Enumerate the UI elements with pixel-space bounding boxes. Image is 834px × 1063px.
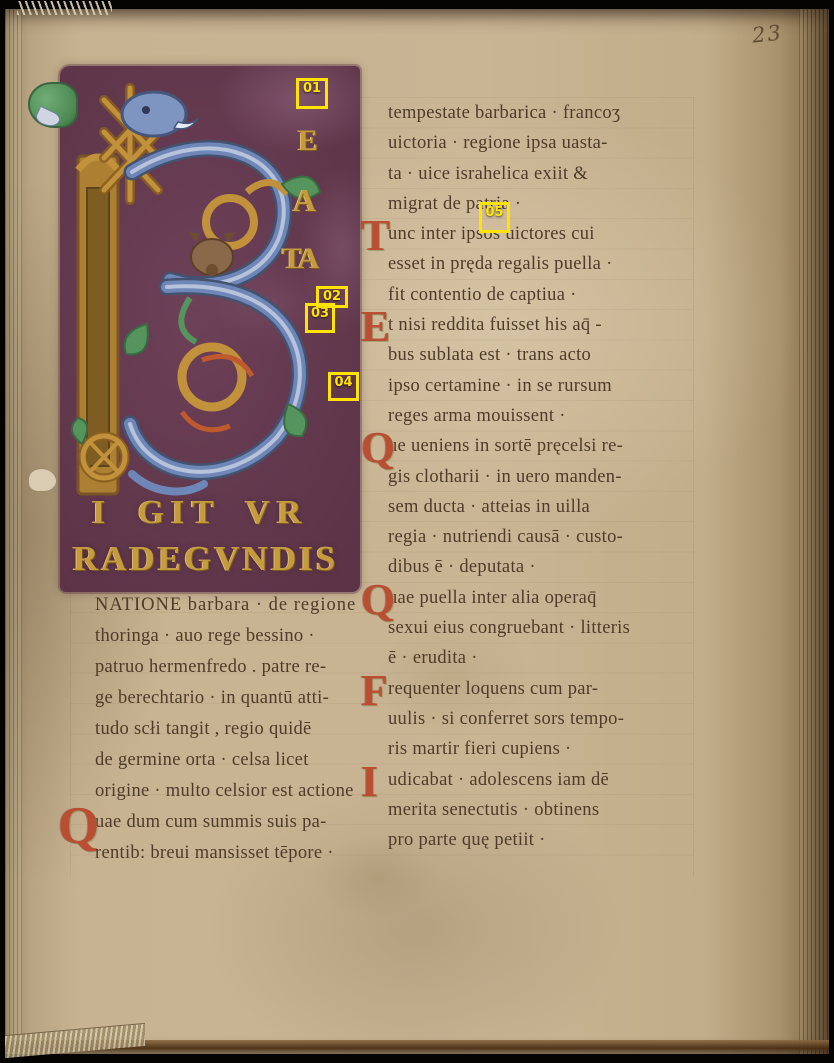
line-text: sexui eius congruebant · litteris — [388, 618, 630, 638]
text-line: ipso certamine · in se rursum — [388, 371, 630, 401]
rubric-initial-E: E — [361, 305, 391, 349]
annotation-box-03[interactable]: 03 — [305, 303, 335, 333]
line-text: uulis · si conferret sors tempo- — [388, 709, 624, 729]
annotation-box-04[interactable]: 04 — [328, 372, 359, 401]
text-line: Quae puella inter alia operaq̄ — [388, 583, 630, 613]
line-text: ta · uice israhelica exiit & — [388, 164, 588, 184]
text-line: regia · nutriendi causā · custo- — [388, 522, 630, 552]
line-text: ē · erudita · — [388, 648, 478, 668]
text-line: patruo hermenfredo . patre re- — [95, 652, 356, 683]
green-beast-head-ornament — [28, 82, 78, 128]
text-line: esset in pręda regalis puella · — [388, 249, 630, 279]
line-text: fit contentio de captiua · — [388, 285, 577, 305]
annotation-label-05: 05 — [482, 206, 507, 220]
line-text: gis clotharii · in uero manden- — [388, 467, 622, 487]
line-text: de germine orta · celsa licet — [95, 750, 309, 770]
rubric-initial-F: F — [361, 669, 388, 713]
annotation-label-04: 04 — [331, 376, 356, 390]
vertical-letter-A: A — [293, 182, 316, 219]
text-line: ta · uice israhelica exiit & — [388, 159, 630, 189]
rubric-initial-I: I — [361, 760, 378, 804]
page-number: 23 — [751, 20, 784, 47]
text-line: merita senectutis · obtinens — [388, 795, 630, 825]
vertical-letter-TA: TA — [282, 242, 317, 276]
text-line: Quae dum cum summis suis pa- — [95, 807, 356, 838]
rubric-initial-T: T — [361, 214, 391, 258]
text-line: tempestate barbarica · francoʒ — [388, 98, 630, 128]
text-line: Iudicabat · adolescens iam dē — [388, 765, 630, 795]
line-text: tudo scłi tangit , regio quidē — [95, 719, 312, 739]
line-text: ue ueniens in sortē pręcelsi re- — [388, 436, 623, 456]
text-line: Et nisi reddita fuisset his aq̄ - — [388, 310, 630, 340]
line-text: thoringa · auo rege bessino · — [95, 626, 315, 646]
page-block-edge — [799, 9, 829, 1054]
line-text: ipso certamine · in se rursum — [388, 376, 612, 396]
text-line: rentib: breui mansisset tēpore · — [95, 838, 356, 869]
line-text: sem ducta · atteias in uilla — [388, 497, 590, 517]
text-line: Que ueniens in sortē pręcelsi re- — [388, 431, 630, 461]
frayed-parchment-edge — [17, 1, 112, 15]
vertical-letter-E: E — [298, 124, 318, 158]
line-text: merita senectutis · obtinens — [388, 800, 599, 820]
gold-title-radegundis: RADEGVNDIS — [73, 539, 338, 579]
text-line: sem ducta · atteias in uilla — [388, 492, 630, 522]
line-text: origine · multo celsior est actione — [95, 781, 354, 801]
text-line: origine · multo celsior est actione — [95, 776, 356, 807]
gold-title-igitur: I GIT VR — [92, 494, 308, 532]
text-line: de germine orta · celsa licet — [95, 745, 356, 776]
text-line: uictoria · regione ipsa uasta- — [388, 128, 630, 158]
text-line: NATIONE barbara · de regione — [95, 590, 356, 621]
annotation-label-03: 03 — [308, 307, 332, 321]
line-text: patruo hermenfredo . patre re- — [95, 657, 326, 677]
annotation-label-01: 01 — [299, 82, 325, 96]
text-line: Frequenter loquens cum par- — [388, 674, 630, 704]
line-text: t nisi reddita fuisset his aq̄ - — [388, 315, 602, 335]
text-line: ris martir fieri cupiens · — [388, 734, 630, 764]
line-text: rentib: breui mansisset tēpore · — [95, 843, 334, 863]
line-text: uictoria · regione ipsa uasta- — [388, 133, 608, 153]
line-text: reges arma mouissent · — [388, 406, 566, 426]
book-spine-edge — [5, 9, 22, 1054]
line-text: esset in pręda regalis puella · — [388, 254, 613, 274]
line-text: dibus ē · deputata · — [388, 557, 536, 577]
text-line: gis clotharii · in uero manden- — [388, 462, 630, 492]
annotation-box-01[interactable]: 01 — [296, 78, 328, 109]
line-text: regia · nutriendi causā · custo- — [388, 527, 623, 547]
line-text: ge berechtario · in quantū atti- — [95, 688, 329, 708]
text-line: reges arma mouissent · — [388, 401, 630, 431]
text-line: thoringa · auo rege bessino · — [95, 621, 356, 652]
text-line: tudo scłi tangit , regio quidē — [95, 714, 356, 745]
line-text: tempestate barbarica · francoʒ — [388, 103, 620, 123]
line-text: pro parte quę petiit · — [388, 830, 546, 850]
text-line: dibus ē · deputata · — [388, 552, 630, 582]
line-text: NATIONE barbara · de regione — [95, 595, 356, 615]
manuscript-page: 23 — [5, 9, 829, 1054]
line-text: udicabat · adolescens iam dē — [388, 770, 609, 790]
line-text: requenter loquens cum par- — [388, 679, 598, 699]
left-text-column: NATIONE barbara · de regione thoringa · … — [95, 590, 356, 869]
annotation-box-05[interactable]: 05 — [479, 202, 510, 233]
text-line: pro parte quę petiit · — [388, 825, 630, 855]
text-line: sexui eius congruebant · litteris — [388, 613, 630, 643]
rubric-initial-Q: Q — [58, 800, 100, 853]
white-animal-head-ornament — [28, 468, 57, 492]
text-line: uulis · si conferret sors tempo- — [388, 704, 630, 734]
text-line: ē · erudita · — [388, 643, 630, 673]
line-text: bus sublata est · trans acto — [388, 345, 591, 365]
line-text: uae puella inter alia operaq̄ — [388, 588, 597, 608]
line-text: uae dum cum summis suis pa- — [95, 812, 327, 832]
text-line: fit contentio de captiua · — [388, 280, 630, 310]
line-text: ris martir fieri cupiens · — [388, 739, 572, 759]
text-line: ge berechtario · in quantū atti- — [95, 683, 356, 714]
text-line: bus sublata est · trans acto — [388, 340, 630, 370]
